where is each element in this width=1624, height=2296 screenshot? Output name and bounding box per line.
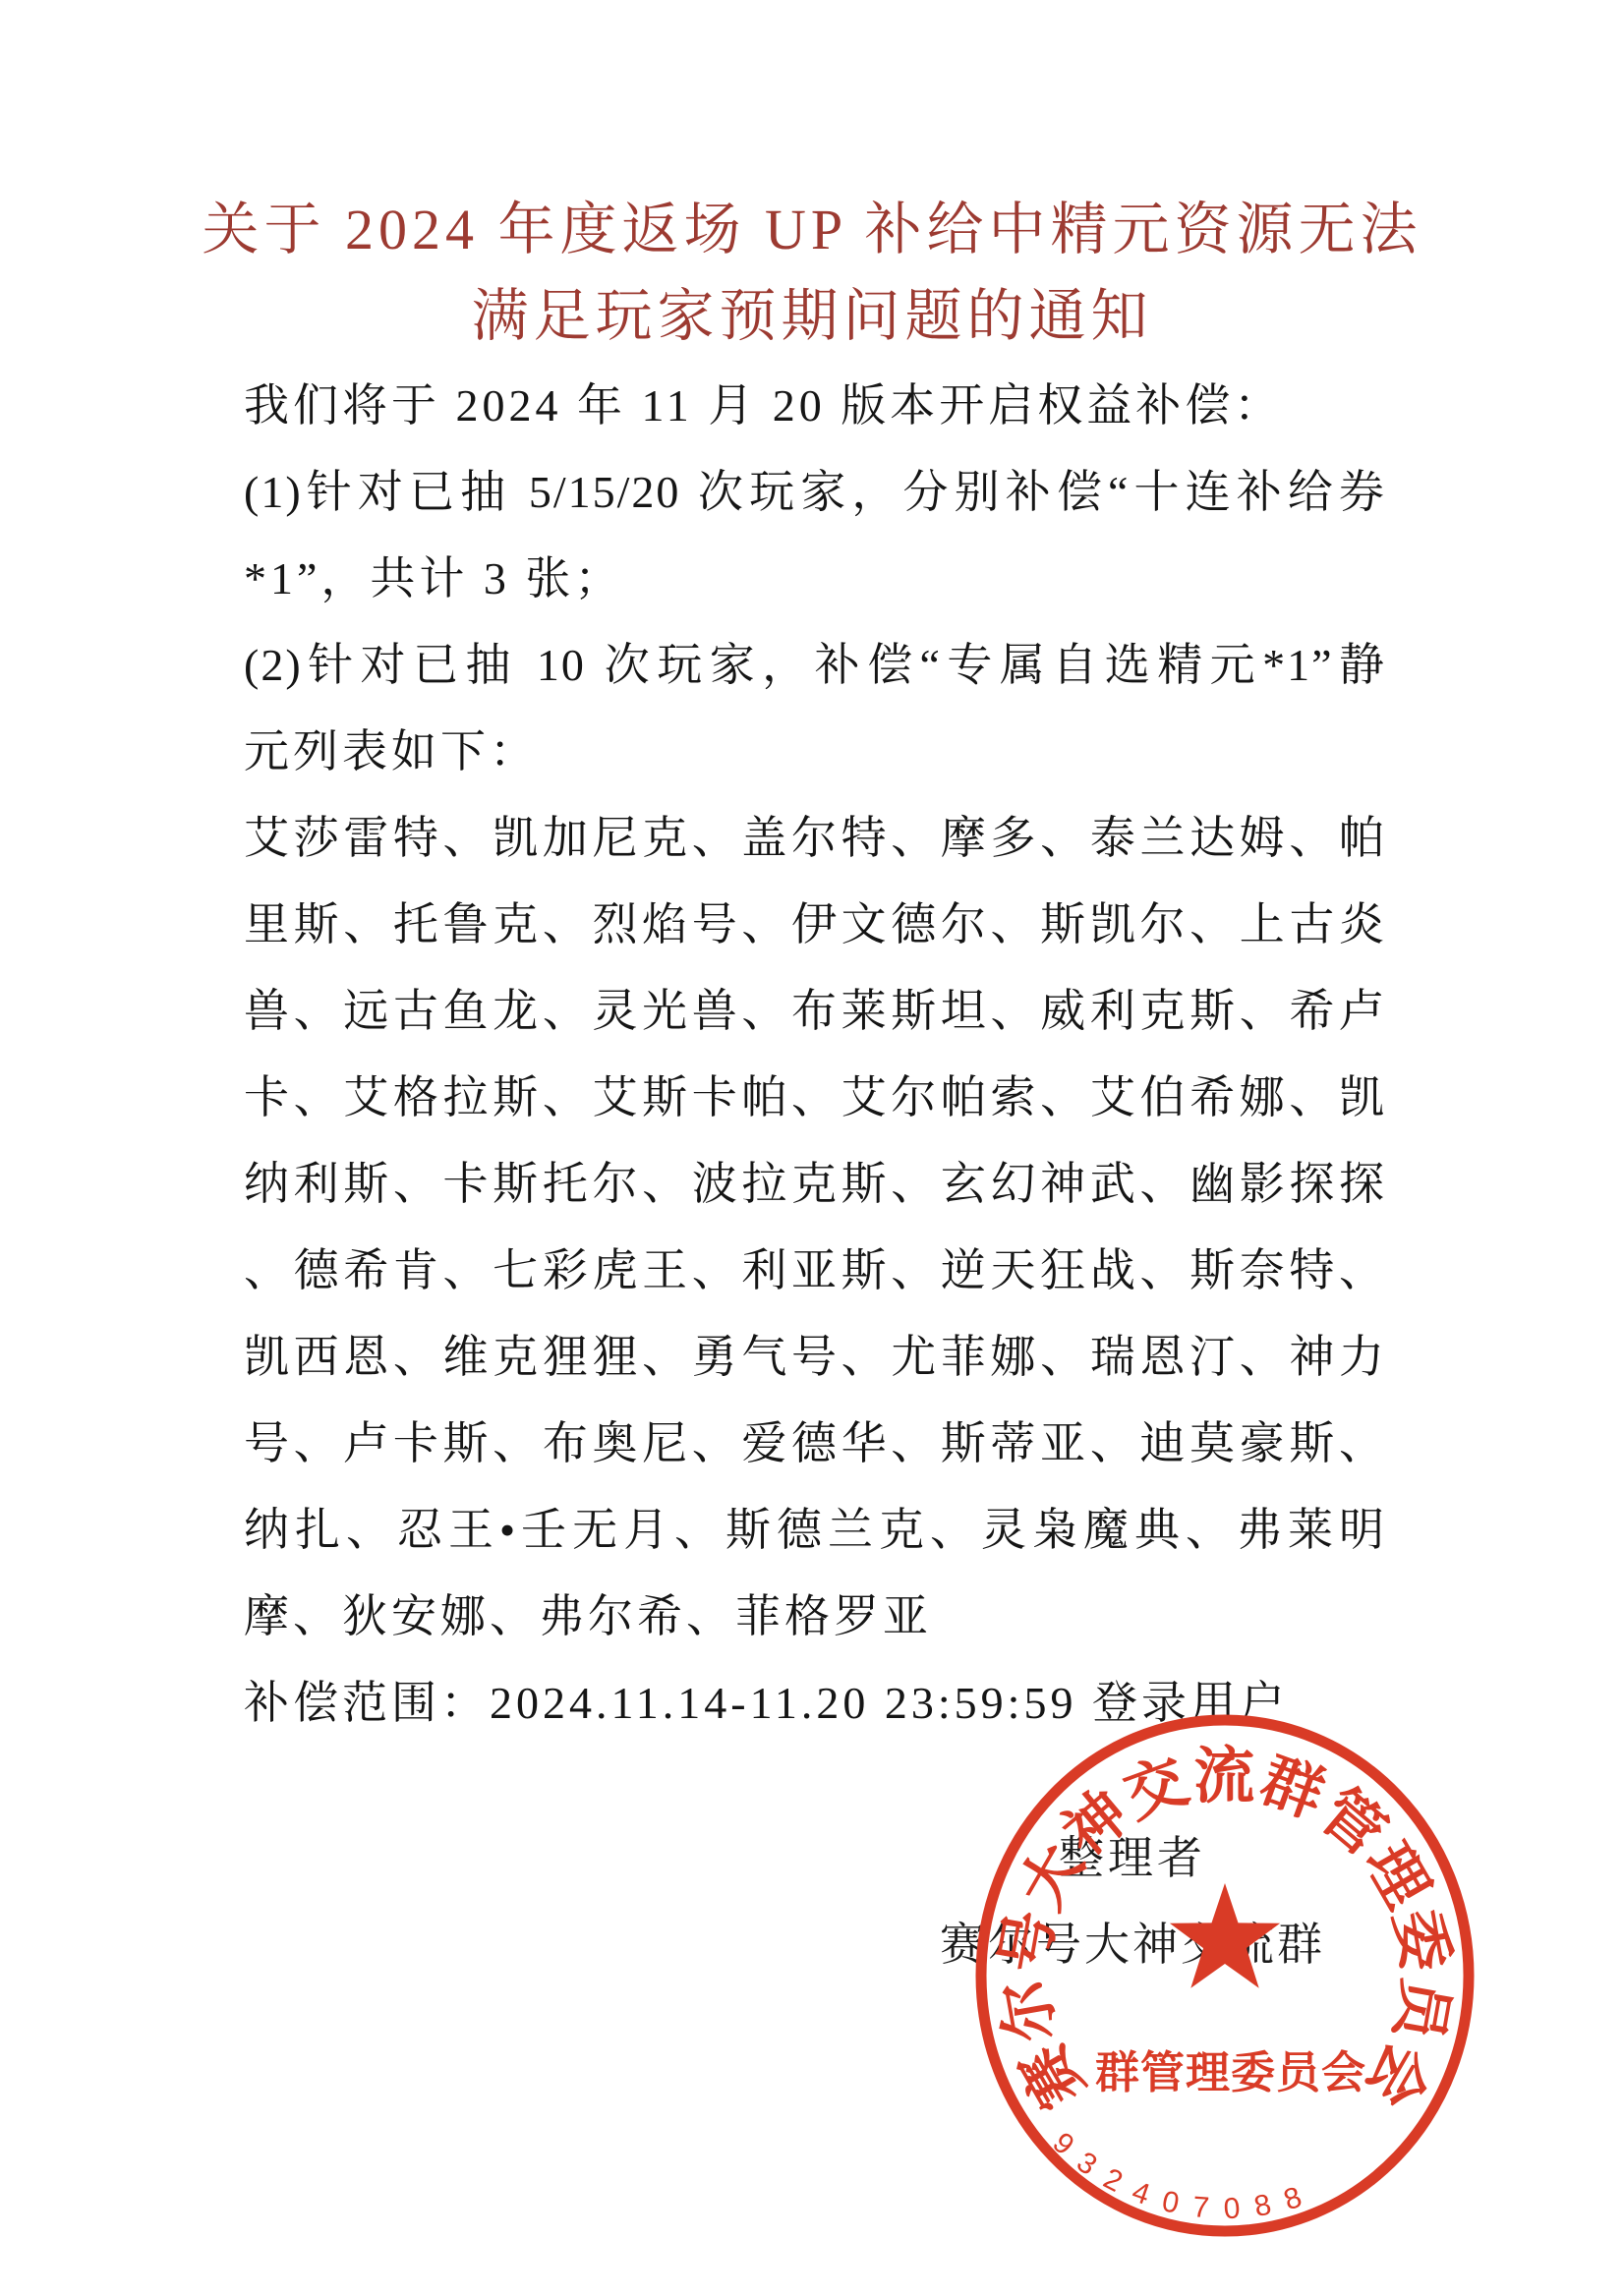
body-line: (2)针对已抽 10 次玩家，补偿“专属自选精元*1”静	[244, 622, 1386, 709]
body-line: 凯西恩、维克狸狸、勇气号、尤菲娜、瑞恩汀、神力	[244, 1314, 1386, 1401]
star-icon	[1170, 1883, 1280, 1988]
notice-title: 关于 2024 年度返场 UP 补给中精元资源无法 满足玩家预期问题的通知	[118, 187, 1506, 360]
official-seal: 赛尔号大神交流群管理委员会 群管理委员会 932407088	[969, 1710, 1480, 2241]
body-line: *1”，共计 3 张；	[244, 536, 1386, 622]
body-line: (1)针对已抽 5/15/20 次玩家，分别补偿“十连补给券	[244, 449, 1386, 536]
seal-banner-text: 群管理委员会	[1095, 2047, 1366, 2097]
body-line: 兽、远古鱼龙、灵光兽、布莱斯坦、威利克斯、希卢	[244, 968, 1386, 1055]
body-line: 、德希肯、七彩虎王、利亚斯、逆天狂战、斯奈特、	[244, 1228, 1386, 1314]
body-line: 纳利斯、卡斯托尔、波拉克斯、玄幻神武、幽影探探	[244, 1141, 1386, 1228]
body-line: 我们将于 2024 年 11 月 20 版本开启权益补偿：	[244, 363, 1386, 449]
body-line: 摩、狄安娜、弗尔希、菲格罗亚	[244, 1574, 1386, 1660]
body-line: 里斯、托鲁克、烈焰号、伊文德尔、斯凯尔、上古炎	[244, 882, 1386, 968]
body-line: 元列表如下：	[244, 709, 1386, 795]
notice-title-line1: 关于 2024 年度返场 UP 补给中精元资源无法	[118, 187, 1506, 273]
body-line: 艾莎雷特、凯加尼克、盖尔特、摩多、泰兰达姆、帕	[244, 795, 1386, 882]
body-line: 号、卢卡斯、布奥尼、爱德华、斯蒂亚、迪莫豪斯、	[244, 1401, 1386, 1487]
notice-body: 我们将于 2024 年 11 月 20 版本开启权益补偿： (1)针对已抽 5/…	[244, 363, 1386, 1747]
body-line: 卡、艾格拉斯、艾斯卡帕、艾尔帕索、艾伯希娜、凯	[244, 1055, 1386, 1141]
body-line: 纳扎、忍王•壬无月、斯德兰克、灵枭魔典、弗莱明	[244, 1487, 1386, 1574]
notice-title-line2: 满足玩家预期问题的通知	[118, 273, 1506, 360]
seal-serial-number: 932407088	[1046, 2127, 1320, 2226]
